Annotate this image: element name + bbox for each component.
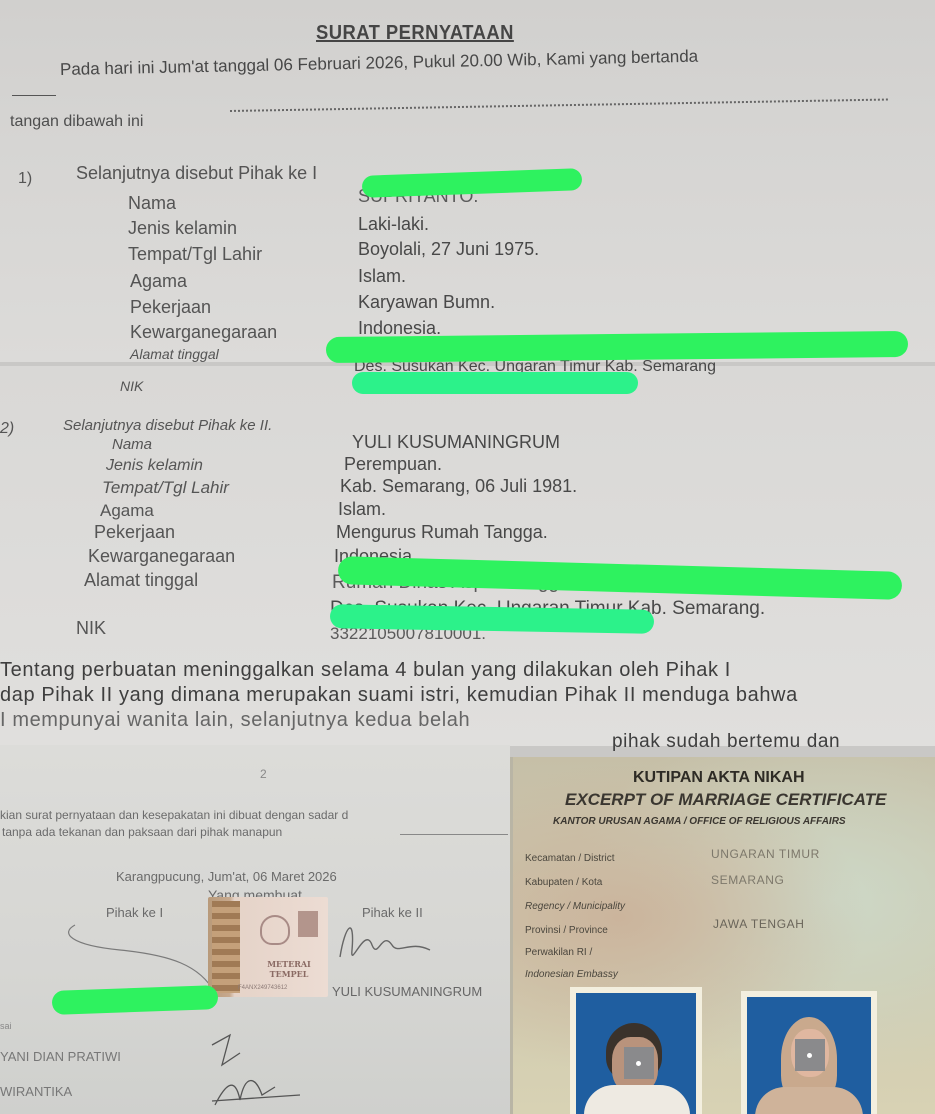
stamp-seal-icon: [298, 911, 318, 937]
party1-number: 1): [18, 170, 32, 188]
party1-label-citizenship: Kewarganegaraan: [130, 322, 277, 343]
party2-label-citizenship: Kewarganegaraan: [88, 546, 235, 567]
hologram-strip: [212, 901, 240, 993]
certificate-title: KUTIPAN AKTA NIKAH: [633, 769, 805, 787]
cert-label-municipality: Regency / Municipality: [525, 901, 625, 912]
statement-page-1-bottom: Des. Susukan Kec. Ungaran Timur Kab. Sem…: [0, 366, 935, 746]
party1-value-job: Karyawan Bumn.: [358, 292, 495, 313]
leader-line: [12, 95, 56, 96]
party2-signature: [340, 928, 430, 957]
paragraph-line-2: dap Pihak II yang dimana merupakan suami…: [0, 684, 798, 707]
party1-label-birth: Tempat/Tgl Lahir: [128, 244, 262, 265]
husband-photo: [570, 987, 702, 1114]
redaction-party1-nik: [352, 372, 638, 394]
party2-value-birth: Kab. Semarang, 06 Juli 1981.: [340, 476, 577, 497]
cert-label-district: Kecamatan / District: [525, 853, 614, 864]
party1-label-job: Pekerjaan: [130, 297, 211, 318]
party1-signature: [69, 925, 215, 993]
party2-label-gender: Jenis kelamin: [106, 457, 203, 475]
party2-heading: Selanjutnya disebut Pihak ke II.: [63, 417, 272, 434]
party1-value-birth: Boyolali, 27 Juni 1975.: [358, 239, 539, 260]
paragraph-line-1: Tentang perbuatan meninggalkan selama 4 …: [0, 659, 731, 682]
document-title: SURAT PERNYATAAN: [316, 22, 514, 45]
cert-value-province: JAWA TENGAH: [713, 917, 805, 931]
wife-photo: [741, 991, 877, 1114]
certificate-subtitle: EXCERPT OF MARRIAGE CERTIFICATE: [565, 790, 886, 810]
garuda-emblem-icon: [260, 915, 290, 945]
party2-value-job: Mengurus Rumah Tangga.: [336, 522, 548, 543]
party1-label-nik: NIK: [120, 378, 143, 394]
paragraph-line-4: pihak sudah bertemu dan: [612, 731, 840, 753]
cert-value-district: UNGARAN TIMUR: [711, 847, 820, 861]
face-blur: [795, 1039, 825, 1071]
face-blur: [624, 1047, 654, 1079]
intro-line-1: Pada hari ini Jum'at tanggal 06 Februari…: [60, 47, 699, 80]
party2-value-religion: Islam.: [338, 499, 386, 520]
stamp-serial: F4ANX249743612: [238, 985, 287, 991]
cert-label-embassy-2: Indonesian Embassy: [525, 969, 618, 980]
certificate-office: KANTOR URUSAN AGAMA / OFFICE OF RELIGIOU…: [553, 816, 846, 827]
party2-label-job: Pekerjaan: [94, 522, 175, 543]
cert-value-regency: SEMARANG: [711, 873, 784, 887]
party1-value-gender: Laki-laki.: [358, 214, 429, 235]
witness-2-signature: [212, 1081, 300, 1105]
witness-1-signature: [212, 1035, 240, 1065]
dotted-leader: [230, 99, 888, 112]
meterai-stamp: METERAITEMPEL F4ANX249743612: [208, 897, 328, 997]
party2-value-nama: YULI KUSUMANINGRUM: [352, 432, 560, 453]
paragraph-line-3: I mempunyai wanita lain, selanjutnya ked…: [0, 709, 470, 732]
party1-label-nama: Nama: [128, 193, 176, 214]
party1-label-religion: Agama: [130, 271, 187, 292]
party2-label-nik: NIK: [76, 618, 106, 639]
cert-label-embassy-1: Perwakilan RI /: [525, 947, 592, 958]
cert-label-province: Provinsi / Province: [525, 925, 608, 936]
party2-value-gender: Perempuan.: [344, 454, 442, 475]
party1-heading: Selanjutnya disebut Pihak ke I: [76, 163, 317, 184]
stamp-text: METERAITEMPEL: [256, 959, 322, 979]
party2-label-religion: Agama: [100, 501, 154, 521]
cert-label-regency: Kabupaten / Kota: [525, 877, 602, 888]
party2-label-birth: Tempat/Tgl Lahir: [102, 478, 229, 498]
marriage-certificate: KUTIPAN AKTA NIKAH EXCERPT OF MARRIAGE C…: [510, 757, 935, 1114]
party2-label-address: Alamat tinggal: [84, 570, 198, 591]
party1-label-address: Alamat tinggal: [130, 346, 219, 362]
party1-value-religion: Islam.: [358, 266, 406, 287]
party1-label-gender: Jenis kelamin: [128, 218, 237, 239]
party2-label-nama: Nama: [112, 436, 152, 453]
intro-line-2: tangan dibawah ini: [10, 113, 143, 131]
party2-number: 2): [0, 420, 14, 438]
